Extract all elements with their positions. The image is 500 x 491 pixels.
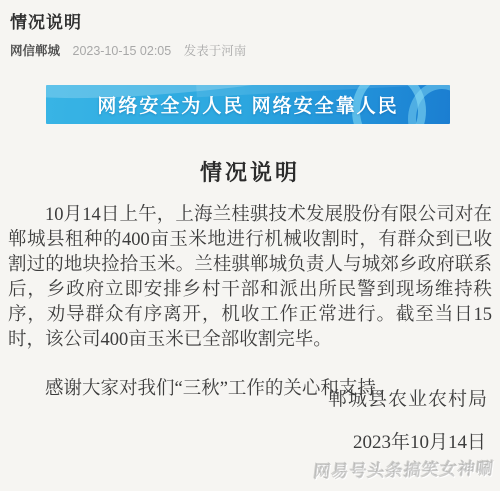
security-slogan-banner: 网络安全为人民 网络安全靠人民 <box>46 85 450 124</box>
publish-location: 发表于河南 <box>184 44 247 58</box>
statement-body: 10月14日上午，上海兰桂骐技术发展股份有限公司对在郸城县租种的400亩玉米地进… <box>8 203 492 402</box>
article-screenshot: 情况说明 网信郸城 2023-10-15 02:05 发表于河南 网络安全为人民… <box>0 0 500 491</box>
statement-title: 情况说明 <box>0 156 500 187</box>
publish-timestamp: 2023-10-15 02:05 <box>73 44 172 58</box>
source-account-link[interactable]: 网信郸城 <box>10 44 60 58</box>
statement-date: 2023年10月14日 <box>353 427 486 454</box>
banner-slogan-text: 网络安全为人民 网络安全靠人民 <box>46 90 450 117</box>
article-meta: 网信郸城 2023-10-15 02:05 发表于河南 <box>10 41 246 59</box>
statement-paragraph-1: 10月14日上午，上海兰桂骐技术发展股份有限公司对在郸城县租种的400亩玉米地进… <box>8 203 492 353</box>
platform-watermark: 网易号头条搞笑女神唰 <box>312 454 495 482</box>
issuing-authority: 郸城县农业农村局 <box>328 384 488 411</box>
article-title: 情况说明 <box>10 8 82 33</box>
